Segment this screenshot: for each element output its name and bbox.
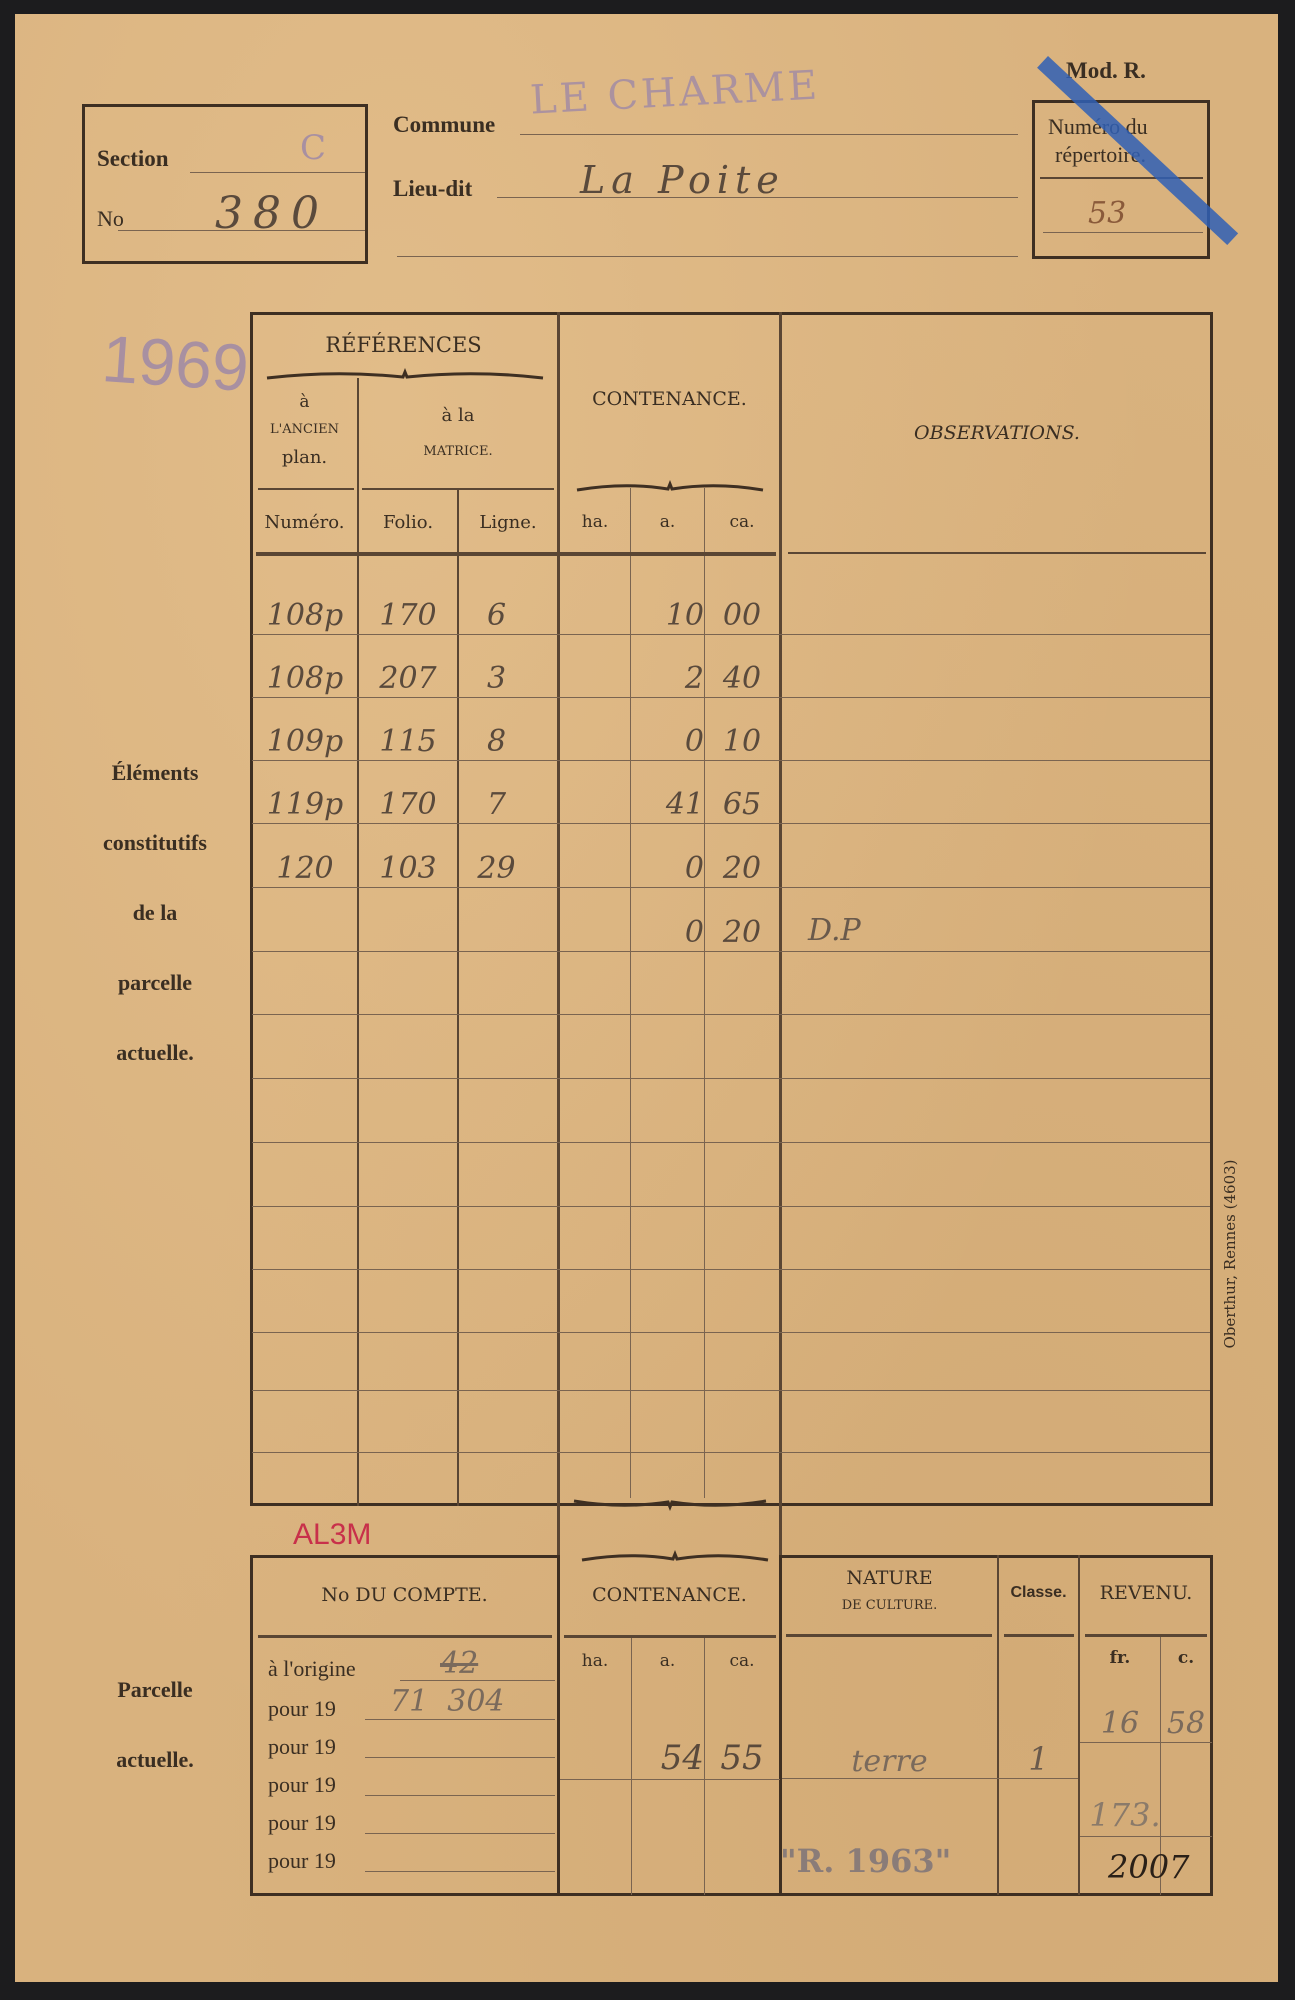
col-header-numero: Numéro.	[252, 512, 357, 533]
matrice-header-2: MATRICE.	[359, 444, 557, 459]
compte-row-label: pour 19	[268, 1810, 336, 1836]
col-divider-observations-left	[779, 312, 782, 1506]
cell-ca: 65	[705, 787, 779, 822]
observations-title: OBSERVATIONS.	[782, 422, 1212, 444]
cell-folio: 170	[359, 787, 457, 822]
references-brace	[265, 368, 545, 382]
compte-row-value: 71 304	[390, 1684, 505, 1719]
classe-header-rule	[1004, 1634, 1074, 1637]
cell-ca: 20	[705, 851, 779, 886]
col-divider-classe-left	[997, 1555, 999, 1895]
ancien-plan-header-1: à	[252, 392, 357, 412]
col-header-a: a.	[631, 512, 704, 532]
revenu-row-rule-2	[1080, 1836, 1212, 1837]
section-label: Section	[97, 146, 169, 172]
classe-title: Classe.	[999, 1584, 1078, 1602]
elements-label-1: Éléments	[60, 760, 250, 786]
contenance-bottom-header-rule	[564, 1635, 776, 1638]
parcelle-label-1: Parcelle	[60, 1677, 250, 1703]
account-code-stamp: AL3M	[293, 1518, 371, 1552]
elements-label-2: constitutifs	[60, 830, 250, 856]
contenance-title: CONTENANCE.	[560, 388, 779, 410]
revenu-header-rule	[1085, 1634, 1207, 1637]
ancien-plan-header-2: L'ANCIEN	[252, 422, 357, 437]
revenu-c-1: 58	[1161, 1706, 1211, 1741]
ancien-plan-header-3: plan.	[252, 447, 357, 468]
cell-observation: D.P	[808, 913, 861, 948]
cell-ligne: 8	[459, 724, 534, 759]
revenu-fr-1: 16	[1080, 1706, 1160, 1741]
cell-a: 0	[631, 851, 704, 886]
contenance-brace	[575, 480, 765, 494]
lieu-dit-label: Lieu-dit	[393, 176, 472, 202]
cell-numero: 109p	[250, 724, 360, 759]
contenance-bridge-left	[557, 1505, 560, 1557]
compte-row-label: pour 19	[268, 1734, 336, 1760]
compte-table	[250, 1555, 560, 1896]
cell-ligne: 29	[459, 851, 534, 886]
cell-folio: 115	[359, 724, 457, 759]
cell-ca: 20	[705, 915, 779, 950]
lieu-dit-underline	[497, 197, 1018, 198]
header-rule-numero	[258, 488, 354, 490]
revenu-fr-2: 173.	[1080, 1796, 1170, 1834]
col-divider-numero-folio	[357, 378, 359, 1506]
contenance-bottom-a-value: 54	[631, 1738, 704, 1778]
bridge-brace-top	[572, 1497, 768, 1511]
observations-header-rule	[788, 552, 1206, 554]
col-divider-ha-a	[630, 488, 631, 1498]
compte-header-rule	[258, 1635, 552, 1638]
revision-stamp: "R. 1963"	[780, 1842, 951, 1880]
col-header-ha: ha.	[560, 512, 630, 532]
revenu-fr-3: 2007	[1108, 1848, 1189, 1886]
contenance-bottom-table	[557, 1555, 782, 1896]
cell-folio: 103	[359, 851, 457, 886]
contenance-bridge-right	[779, 1505, 782, 1557]
number-label: No	[97, 206, 124, 232]
classe-value: 1	[999, 1740, 1078, 1778]
year-stamp: 1969	[100, 320, 252, 406]
section-underline	[190, 172, 365, 173]
revenu-title: REVENU.	[1080, 1582, 1212, 1604]
col-header-ligne: Ligne.	[459, 512, 557, 533]
cell-a: 0	[631, 915, 704, 950]
cell-folio: 170	[359, 598, 457, 633]
contenance-bottom-col-a: a.	[631, 1651, 704, 1671]
contenance-bottom-ca-value: 55	[705, 1738, 779, 1778]
references-title: RÉFÉRENCES	[250, 333, 557, 357]
cell-numero: 108p	[250, 598, 360, 633]
contenance-bottom-title: CONTENANCE.	[560, 1584, 779, 1606]
parcelle-label-2: actuelle.	[60, 1747, 250, 1773]
elements-label-3: de la	[60, 900, 250, 926]
cell-ligne: 6	[459, 598, 534, 633]
cell-a: 2	[631, 661, 704, 696]
number-value: 380	[215, 188, 329, 239]
nature-value: terre	[782, 1744, 997, 1779]
col-header-folio: Folio.	[359, 512, 457, 533]
nature-header-rule	[786, 1634, 992, 1637]
col-divider-folio-ligne	[457, 488, 459, 1506]
revenu-col-c: c.	[1161, 1648, 1211, 1668]
commune-underline	[520, 134, 1018, 135]
compte-row-label: pour 19	[268, 1772, 336, 1798]
contenance-bottom-row-rule	[560, 1779, 780, 1780]
compte-title: No DU COMPTE.	[252, 1584, 557, 1606]
matrice-header-1: à la	[359, 405, 557, 426]
cell-ca: 00	[705, 598, 779, 633]
cell-a: 0	[631, 724, 704, 759]
header-bottom-rule	[256, 552, 776, 556]
contenance-bottom-col-ha: ha.	[560, 1651, 630, 1671]
compte-row-label: pour 19	[268, 1696, 336, 1722]
revenu-row-rule-1	[1080, 1742, 1212, 1743]
contenance-bottom-col-ca: ca.	[705, 1651, 779, 1671]
printer-credit: Oberthur, Rennes (4603)	[1221, 1124, 1239, 1384]
cell-ca: 10	[705, 724, 779, 759]
compte-row-value-struck: 42	[440, 1646, 478, 1681]
col-divider-contenance-left	[557, 312, 560, 1506]
repertoire-underline	[1043, 232, 1203, 233]
form-model-label: Mod. R.	[1066, 58, 1146, 84]
col-divider-a-ca	[704, 488, 705, 1498]
lieu-dit-value: La Poite	[580, 158, 785, 202]
compte-row-label: à l'origine	[268, 1656, 356, 1682]
lieu-dit-second-underline	[397, 256, 1018, 257]
commune-label: Commune	[393, 112, 495, 138]
nature-title-2: DE CULTURE.	[782, 1598, 997, 1613]
cell-a: 41	[631, 787, 704, 822]
cell-numero: 119p	[250, 787, 360, 822]
cell-numero: 108p	[250, 661, 360, 696]
nature-title-1: NATURE	[782, 1567, 997, 1589]
cell-ligne: 3	[459, 661, 534, 696]
cell-ca: 40	[705, 661, 779, 696]
elements-label-4: parcelle	[60, 970, 250, 996]
cell-numero: 120	[250, 851, 360, 886]
repertoire-value: 53	[1088, 196, 1126, 231]
cell-folio: 207	[359, 661, 457, 696]
cell-a: 10	[631, 598, 704, 633]
section-value-stamp: C	[300, 128, 326, 168]
col-header-ca: ca.	[705, 512, 779, 532]
header-rule-matrice	[362, 488, 554, 490]
compte-row-label: pour 19	[268, 1848, 336, 1874]
elements-label-5: actuelle.	[60, 1040, 250, 1066]
revenu-col-fr: fr.	[1080, 1648, 1160, 1668]
cell-ligne: 7	[459, 787, 534, 822]
